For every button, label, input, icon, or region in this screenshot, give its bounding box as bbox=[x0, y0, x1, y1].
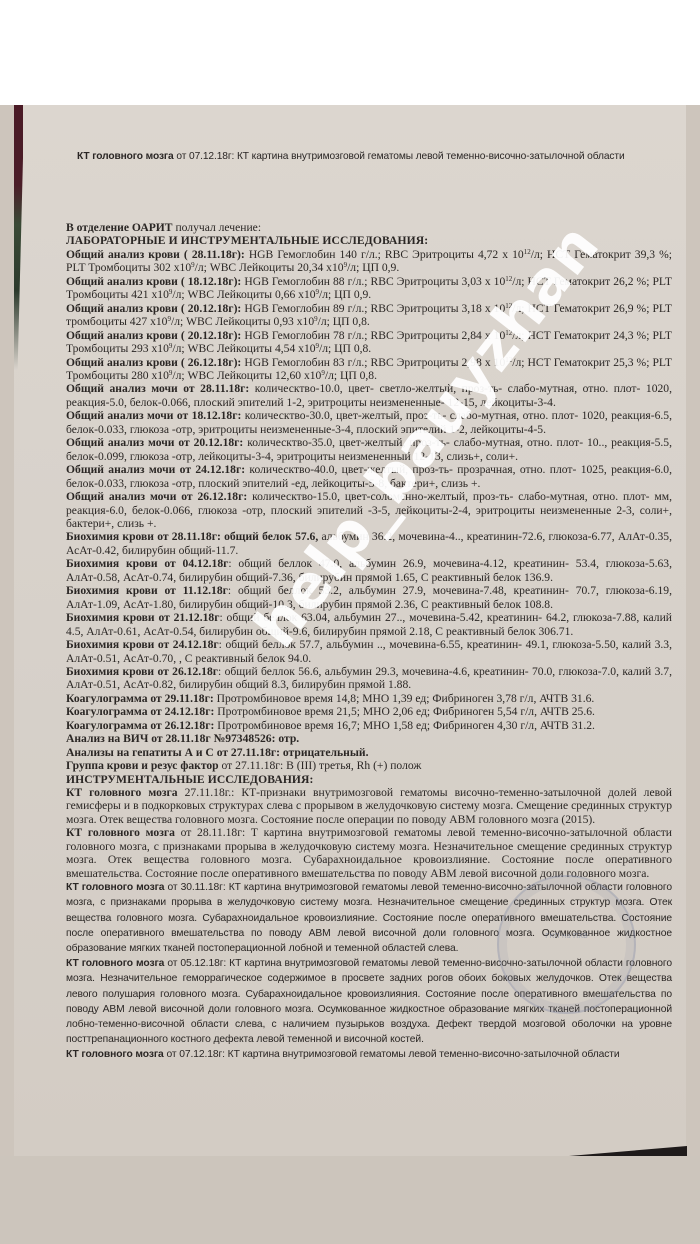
biochem-test-entry-label: Биохимия крови от 24.12.18г bbox=[66, 638, 219, 651]
ct-report-entry: КТ головного мозга от 05.12.18г: КТ карт… bbox=[66, 956, 672, 1047]
urine-test-entry-label: Общий анализ мочи от 18.12.18г: bbox=[66, 409, 241, 422]
ct-report-list-serif: КТ головного мозга 27.11.18г.: КТ-призна… bbox=[66, 786, 672, 880]
blood-test-entry: Общий анализ крови ( 18.12.18г): HGB Гем… bbox=[66, 275, 672, 302]
blood-test-entry: Общий анализ крови ( 26.12.18г): HGB Гем… bbox=[66, 356, 672, 383]
urine-test-entry-label: Общий анализ мочи от 24.12.18г: bbox=[66, 463, 245, 476]
urine-test-entry: Общий анализ мочи от 28.11.18г: колическ… bbox=[66, 382, 672, 409]
ct-report-entry-text: от 07.12.18г: КТ картина внутримозговой … bbox=[164, 1049, 620, 1060]
urine-test-entry: Общий анализ мочи от 18.12.18г: колическ… bbox=[66, 409, 672, 436]
biochem-test-entry-label: Биохимия крови от 26.12.18г bbox=[66, 665, 218, 678]
hepatitis-test: Анализы на гепатиты А и С от 27.11.18г: … bbox=[66, 746, 672, 759]
photo-background-top bbox=[0, 0, 700, 105]
biochem-test-entry: Биохимия крови от 11.12.18г: общий белло… bbox=[66, 584, 672, 611]
coagulogram-entry: Коагулограмма от 26.12.18г: Протромбинов… bbox=[66, 719, 672, 732]
ct-report-entry-text: от 05.12.18г: КТ картина внутримозговой … bbox=[66, 958, 672, 1045]
coagulogram-entry: Коагулограмма от 29.11.18г: Протромбинов… bbox=[66, 692, 672, 705]
biochem-test-entry: Биохимия крови от 24.12.18г: общий белло… bbox=[66, 638, 672, 665]
ct-report-entry: КТ головного мозга от 30.11.18г: КТ карт… bbox=[66, 880, 672, 956]
document-body: В отделение ОАРИТ получал лечение: ЛАБОР… bbox=[66, 221, 672, 1063]
biochem-test-entry: Биохимия крови от 04.12.18г: общий белло… bbox=[66, 557, 672, 584]
ct-report-entry-label: КТ головного мозга bbox=[66, 1049, 164, 1060]
urine-test-entry-label: Общий анализ мочи от 20.12.18г: bbox=[66, 436, 243, 449]
urine-test-entry: Общий анализ мочи от 20.12.18г: колическ… bbox=[66, 436, 672, 463]
department-name: ОАРИТ bbox=[132, 221, 173, 234]
blood-test-label: Общий анализ крови ( 28.11.18г): bbox=[66, 248, 249, 261]
coagulogram-entry-text: Протромбиновое время 14,8; МНО 1,39 ед; … bbox=[214, 692, 595, 705]
ct-report-entry-label: КТ головного мозга bbox=[66, 882, 164, 893]
page-header-ct-line: КТ головного мозга от 07.12.18г: КТ карт… bbox=[77, 151, 677, 162]
intro-line: В отделение ОАРИТ получал лечение: bbox=[66, 221, 672, 234]
blood-test-entry: Общий анализ крови ( 20.12.18г): HGB Гем… bbox=[66, 329, 672, 356]
coagulogram-entry-text: Протромбиновое время 21,5; МНО 2,06 ед; … bbox=[214, 705, 595, 718]
photo-background-bottom bbox=[0, 1156, 700, 1244]
urine-test-entry-label: Общий анализ мочи от 26.12.18г: bbox=[66, 490, 247, 503]
blood-test-label: Общий анализ крови ( 26.12.18г): bbox=[66, 356, 244, 369]
coagulogram-list: Коагулограмма от 29.11.18г: Протромбинов… bbox=[66, 692, 672, 732]
urine-test-list: Общий анализ мочи от 28.11.18г: колическ… bbox=[66, 382, 672, 530]
biochem-test-entry-label: Биохимия крови от 28.11.18г: общий белок… bbox=[66, 530, 318, 543]
coagulogram-entry: Коагулограмма от 24.12.18г: Протромбинов… bbox=[66, 705, 672, 718]
coagulogram-entry-label: Коагулограмма от 26.12.18г: bbox=[66, 719, 214, 732]
biochem-test-entry: Биохимия крови от 21.12.18г: общий белло… bbox=[66, 611, 672, 638]
ct-report-entry: КТ головного мозга от 07.12.18г: КТ карт… bbox=[66, 1047, 672, 1062]
ct-report-entry-label: КТ головного мозга bbox=[66, 786, 178, 799]
ct-report-list-sans: КТ головного мозга от 30.11.18г: КТ карт… bbox=[66, 880, 672, 1062]
lab-section-heading: ЛАБОРАТОРНЫЕ И ИНСТРУМЕНТАЛЬНЫЕ ИССЛЕДОВ… bbox=[66, 234, 672, 247]
urine-test-entry: Общий анализ мочи от 26.12.18г: колическ… bbox=[66, 490, 672, 530]
biochem-test-entry-label: Биохимия крови от 04.12.18г bbox=[66, 557, 228, 570]
urine-test-entry-label: Общий анализ мочи от 28.11.18г: bbox=[66, 382, 249, 395]
coagulogram-entry-label: Коагулограмма от 29.11.18г: bbox=[66, 692, 214, 705]
urine-test-entry: Общий анализ мочи от 24.12.18г: колическ… bbox=[66, 463, 672, 490]
blood-group: Группа крови и резус фактор от 27.11.18г… bbox=[66, 759, 672, 772]
ct-report-entry: КТ головного мозга от 28.11.18г: Т карти… bbox=[66, 826, 672, 880]
instrumental-section-heading: ИНСТРУМЕНТАЛЬНЫЕ ИССЛЕДОВАНИЯ: bbox=[66, 773, 672, 786]
ct-report-entry-label: КТ головного мозга bbox=[66, 826, 175, 839]
blood-test-entry: Общий анализ крови ( 28.11.18г): HGB Гем… bbox=[66, 248, 672, 275]
ct-report-entry: КТ головного мозга 27.11.18г.: КТ-призна… bbox=[66, 786, 672, 826]
blood-test-entry: Общий анализ крови ( 20.12.18г): HGB Гем… bbox=[66, 302, 672, 329]
biochem-test-entry-label: Биохимия крови от 11.12.18г bbox=[66, 584, 228, 597]
biochem-test-list: Биохимия крови от 28.11.18г: общий белок… bbox=[66, 530, 672, 691]
header-ct-text: от 07.12.18г: КТ картина внутримозговой … bbox=[174, 151, 625, 162]
blood-test-list: Общий анализ крови ( 28.11.18г): HGB Гем… bbox=[66, 248, 672, 383]
blood-test-label: Общий анализ крови ( 20.12.18г): bbox=[66, 302, 244, 315]
coagulogram-entry-label: Коагулограмма от 24.12.18г: bbox=[66, 705, 214, 718]
blood-test-label: Общий анализ крови ( 20.12.18г): bbox=[66, 329, 244, 342]
ct-report-entry-label: КТ головного мозга bbox=[66, 958, 164, 969]
header-ct-label: КТ головного мозга bbox=[77, 151, 174, 162]
biochem-test-entry-label: Биохимия крови от 21.12.18г bbox=[66, 611, 219, 624]
biochem-test-entry: Биохимия крови от 26.12.18г: общий белло… bbox=[66, 665, 672, 692]
blood-test-label: Общий анализ крови ( 18.12.18г): bbox=[66, 275, 244, 288]
hiv-test: Анализ на ВИЧ от 28.11.18г №97348526: от… bbox=[66, 732, 672, 745]
biochem-test-entry: Биохимия крови от 28.11.18г: общий белок… bbox=[66, 530, 672, 557]
coagulogram-entry-text: Протромбиновое время 16,7; МНО 1,58 ед; … bbox=[214, 719, 595, 732]
